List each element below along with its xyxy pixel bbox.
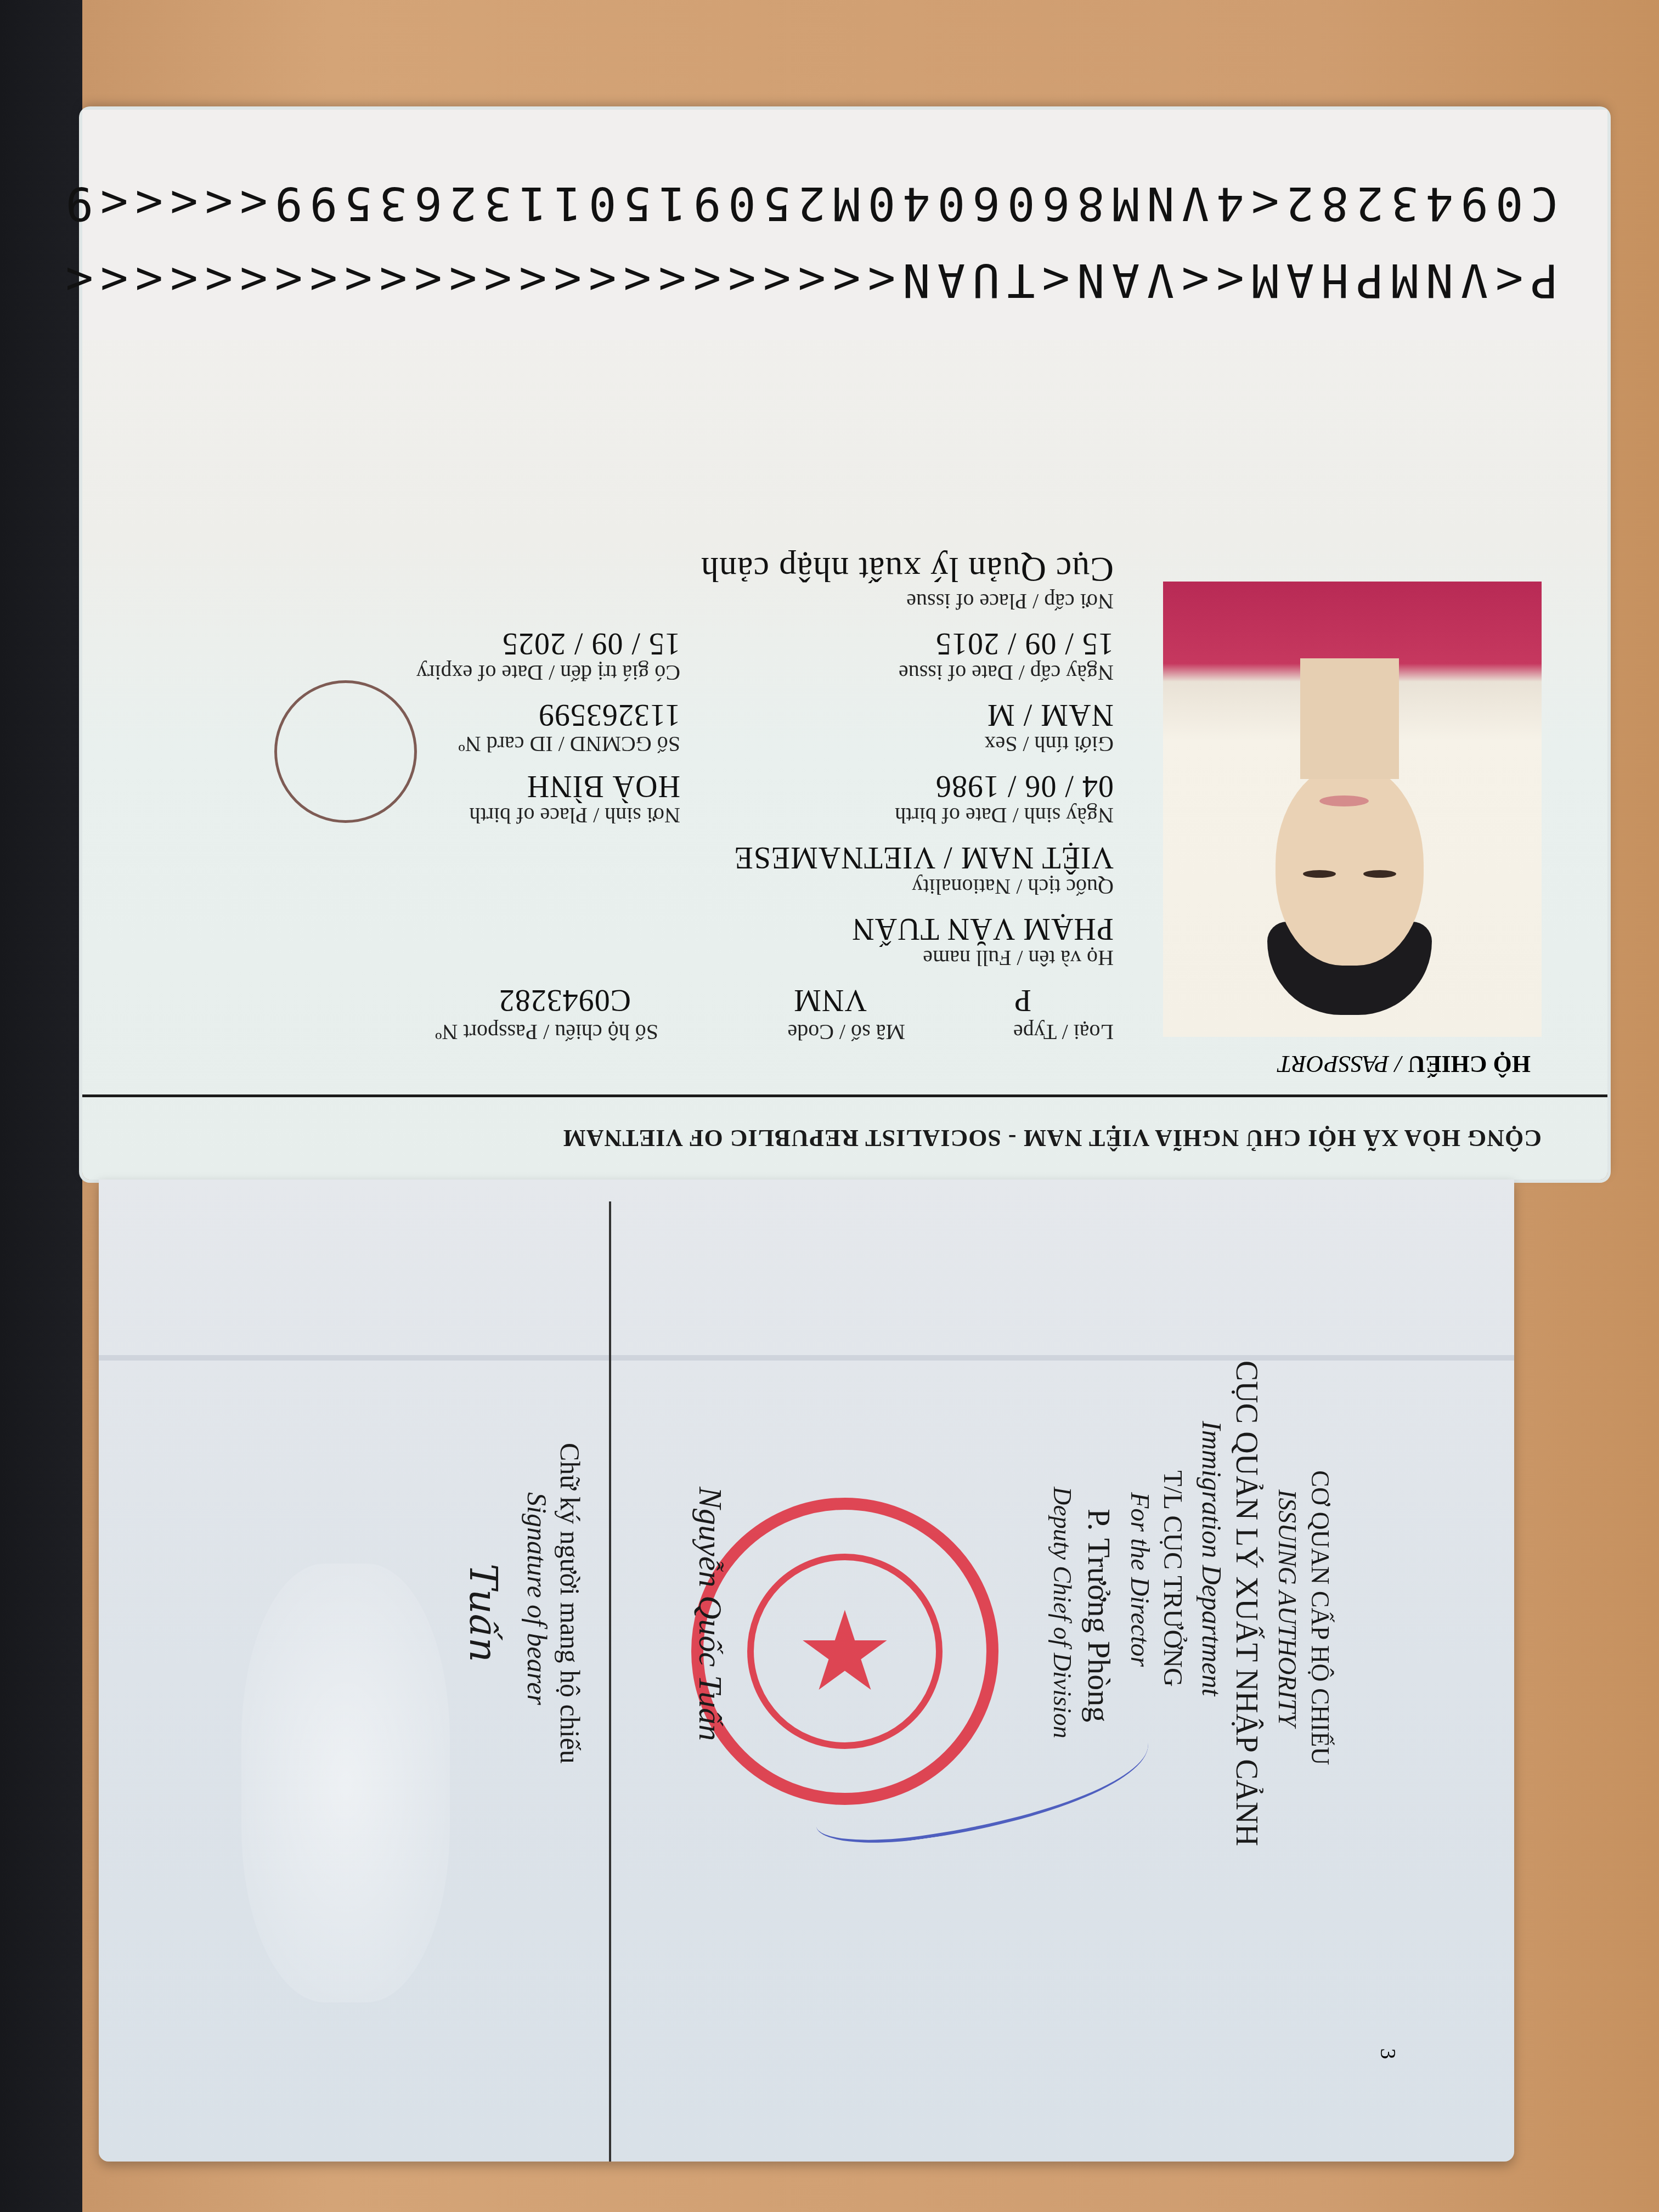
- issue-date-label: Ngày cấp / Date of issue: [899, 660, 1114, 686]
- document-title: HỘ CHIẾU / PASSPORT: [1278, 1050, 1531, 1078]
- code-value: VNM: [793, 983, 867, 1018]
- portrait-photo-icon: [1163, 582, 1542, 1037]
- place-of-issue-label: Nơi cấp / Place of issue: [906, 589, 1114, 614]
- nationality-label: Quốc tịch / Nationality: [912, 874, 1114, 900]
- issuing-authority-vi: CƠ QUAN CẤP HỘ CHIẾU: [1306, 1470, 1335, 1765]
- photo-eye-right: [1303, 870, 1336, 878]
- photo-eye-left: [1363, 870, 1396, 878]
- sex-label: Giới tính / Sex: [984, 731, 1114, 757]
- bearer-signature-label-en: Signature of bearer: [521, 1492, 553, 1705]
- officer-name: Nguyễn Quốc Tuấn: [691, 1487, 729, 1741]
- full-name-label: Họ và tên / Full name: [923, 945, 1114, 971]
- passport-number-value: C0943282: [499, 983, 631, 1018]
- nationality-value: VIỆT NAM / VIETNAMESE: [734, 840, 1114, 875]
- department-en: Immigration Department: [1196, 1421, 1228, 1696]
- photo-neck: [1300, 658, 1399, 779]
- dove-emblem-icon: [274, 680, 417, 823]
- full-name-value: PHẠM VĂN TUẤN: [851, 911, 1114, 946]
- id-card-value: 113263599: [538, 697, 680, 732]
- type-label: Loại / Type: [1013, 1019, 1114, 1045]
- on-behalf-en: For the Director: [1125, 1492, 1155, 1667]
- id-card-label: Số GCMND / ID card Nº: [458, 731, 680, 757]
- mrz-line-1: P<VNMPHAM<<VAN<TUAN<<<<<<<<<<<<<<<<<<<<<…: [58, 253, 1558, 307]
- document-title-en: / PASSPORT: [1278, 1051, 1402, 1077]
- issuing-authority-page: CƠ QUAN CẤP HỘ CHIẾU ISSUING AUTHORITY C…: [99, 1180, 1514, 2162]
- document-title-vi: HỘ CHIẾU: [1408, 1051, 1531, 1077]
- bearer-signature-label-vi: Chữ ký người mang hộ chiếu: [554, 1443, 586, 1764]
- code-label: Mã số / Code: [788, 1019, 905, 1045]
- passport-number-label: Số hộ chiếu / Passport Nº: [435, 1019, 658, 1045]
- passport-data-page: CỘNG HÒA XÃ HỘI CHỦ NGHĨA VIỆT NAM - SOC…: [82, 110, 1607, 1180]
- country-header: CỘNG HÒA XÃ HỘI CHỦ NGHĨA VIỆT NAM - SOC…: [82, 1094, 1607, 1180]
- sex-value: NAM / M: [987, 697, 1114, 732]
- pob-label: Nơi sinh / Place of birth: [470, 803, 680, 828]
- issuing-authority-en: ISSUING AUTHORITY: [1273, 1489, 1302, 1726]
- bearer-signature: Tuấn: [461, 1564, 506, 1662]
- signature-divider: [609, 1201, 611, 2162]
- expiry-date-value: 15 / 09 / 2025: [502, 626, 680, 661]
- pob-value: HOÀ BÌNH: [527, 769, 680, 804]
- mrz-zone: P<VNMPHAM<<VAN<TUAN<<<<<<<<<<<<<<<<<<<<<…: [82, 110, 1607, 340]
- officer-title-vi: P. Trưởng Phòng: [1081, 1509, 1118, 1722]
- dob-label: Ngày sinh / Date of birth: [895, 803, 1114, 828]
- page-fold: [99, 1355, 1514, 1361]
- type-value: P: [1014, 983, 1031, 1018]
- dob-value: 04 / 06 / 1986: [935, 769, 1114, 804]
- issue-date-value: 15 / 09 / 2015: [935, 626, 1114, 661]
- page-number: 3: [1375, 2049, 1401, 2059]
- expiry-date-label: Có giá trị đến / Date of expiry: [416, 660, 680, 686]
- on-behalf-vi: T/L CỤC TRƯỞNG: [1158, 1470, 1188, 1687]
- department-vi: CỤC QUẢN LÝ XUẤT NHẬP CẢNH: [1229, 1361, 1264, 1846]
- mrz-line-2: C0943282<4VNM8606040M2509150113263599<<<…: [58, 177, 1558, 230]
- photo-face: [1276, 763, 1424, 966]
- cloud-watermark-icon: [241, 1564, 450, 2002]
- star-icon: ★: [795, 1588, 894, 1716]
- photo-mouth: [1319, 795, 1369, 806]
- place-of-issue-value: Cục Quản lý xuất nhập cảnh: [701, 549, 1114, 590]
- officer-title-en: Deputy Chief of Division: [1048, 1487, 1077, 1739]
